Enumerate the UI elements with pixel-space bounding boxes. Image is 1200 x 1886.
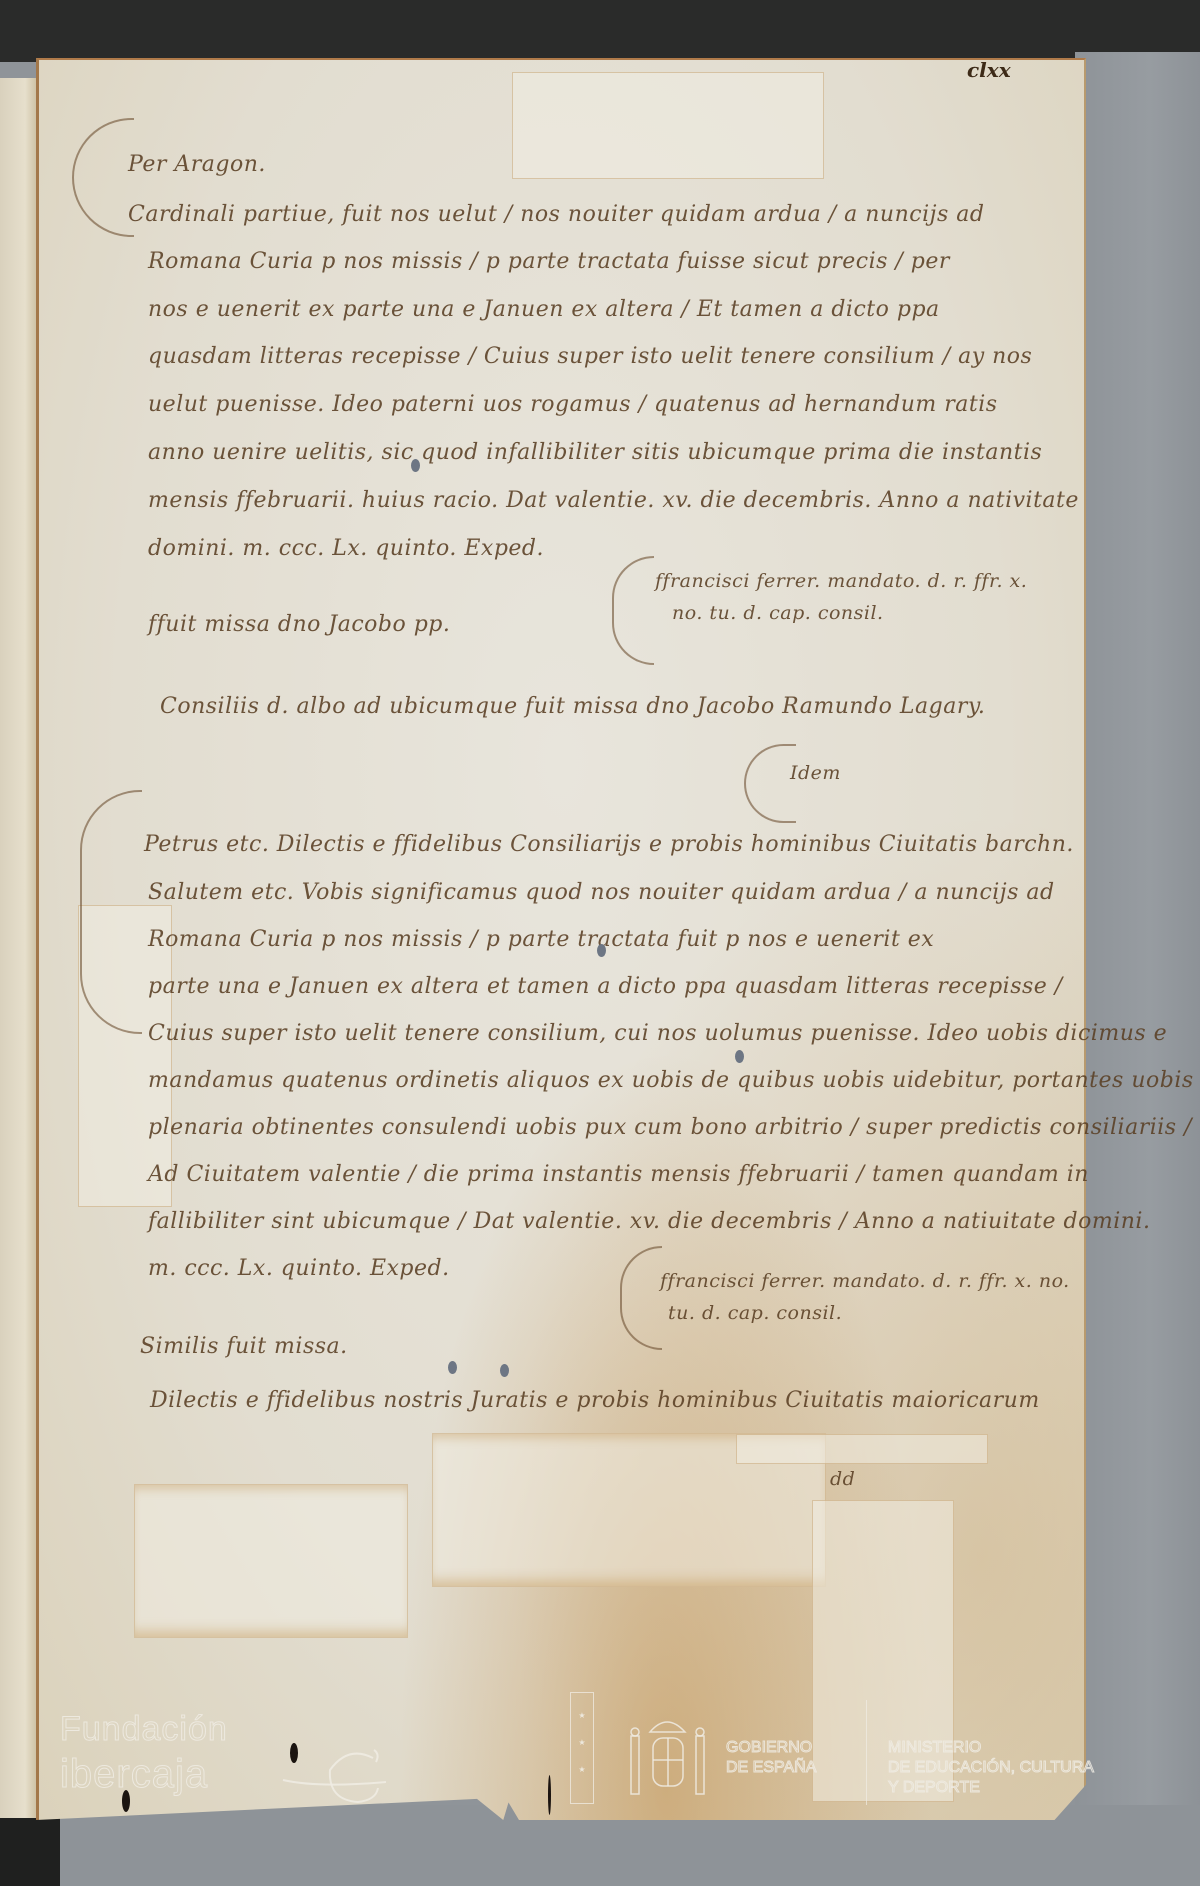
watermark-ibercaja-line2: ibercaja: [60, 1752, 208, 1797]
letter-line: parte una e Januen ex altera et tamen a …: [148, 974, 1063, 999]
signature-line: no. tu. d. cap. consil.: [672, 602, 884, 624]
watermark-ibercaja-line1: Fundación: [60, 1710, 228, 1749]
letter-line: m. ccc. Lx. quinto. Exped.: [148, 1256, 450, 1281]
letter-line: domini. m. ccc. Lx. quinto. Exped.: [148, 536, 544, 561]
ibercaja-emblem-icon: [278, 1740, 393, 1810]
restoration-patch-bottom-left: [134, 1484, 408, 1638]
letter-line: uelut puenisse. Ideo paterni uos rogamus…: [148, 392, 998, 417]
book-cover-corner: [0, 1810, 60, 1886]
watermark-ministry: MINISTERIO DE EDUCACIÓN, CULTURA Y DEPOR…: [888, 1738, 1094, 1798]
letter-line: Romana Curia p nos missis / p parte trac…: [148, 927, 934, 952]
spain-coat-of-arms-icon: [625, 1710, 710, 1800]
section-heading: Per Aragon.: [128, 152, 266, 177]
fragment-mark: dd: [830, 1468, 855, 1490]
ink-blot: [597, 944, 606, 957]
letter-line: Romana Curia p nos missis / p parte trac…: [148, 249, 950, 274]
idem-mark: Idem: [790, 762, 841, 784]
watermark-government: GOBIERNO DE ESPAÑA: [726, 1738, 816, 1778]
grey-backing-mat: [1075, 52, 1200, 1886]
letter-3-opening: Dilectis e ffidelibus nostris Juratis e …: [150, 1388, 1040, 1413]
letter-line: Cardinali partiue, fuit nos uelut / nos …: [128, 202, 984, 227]
facing-page-edge: [0, 78, 38, 1818]
ink-blot: [448, 1361, 457, 1374]
margin-note: Consiliis d. albo ad ubicumque fuit miss…: [160, 694, 985, 719]
letter-line: Petrus etc. Dilectis e ffidelibus Consil…: [144, 832, 1074, 857]
letter-line: fallibiliter sint ubicumque / Dat valent…: [148, 1209, 1150, 1234]
letter-line: anno uenire uelitis, sic quod infallibil…: [148, 440, 1042, 465]
letter-footnote: ffuit missa dno Jacobo pp.: [148, 612, 450, 637]
letter-line: plenaria obtinentes consulendi uobis pux…: [148, 1115, 1192, 1140]
letter-line: Ad Ciuitatem valentie / die prima instan…: [148, 1162, 1089, 1187]
spain-flag-bar-icon: ★ ★ ★: [570, 1692, 594, 1804]
signature-line: tu. d. cap. consil.: [668, 1302, 842, 1324]
letter-line: Salutem etc. Vobis significamus quod nos…: [148, 880, 1055, 905]
ink-blot: [411, 459, 420, 472]
signature-line: ffrancisci ferrer. mandato. d. r. ffr. x…: [660, 1270, 1070, 1292]
letter-line: quasdam litteras recepisse / Cuius super…: [148, 344, 1032, 369]
signature-line: ffrancisci ferrer. mandato. d. r. ffr. x…: [655, 570, 1027, 592]
worm-hole: [548, 1775, 551, 1815]
book-cover-top: [0, 0, 1200, 62]
letter-line: Cuius super isto uelit tenere consilium,…: [148, 1021, 1167, 1046]
margin-note: Similis fuit missa.: [140, 1334, 348, 1359]
restoration-patch-top: [512, 72, 824, 179]
ink-blot: [735, 1050, 744, 1063]
watermark-divider: [866, 1700, 867, 1805]
restoration-patch-bottom-strip: [736, 1434, 988, 1464]
margin-bracket: [80, 790, 142, 1034]
folio-number: clxx: [967, 58, 1011, 82]
letter-line: mandamus quatenus ordinetis aliquos ex u…: [148, 1068, 1194, 1093]
letter-line: mensis ffebruarii. huius racio. Dat vale…: [148, 488, 1079, 513]
letter-line: nos e uenerit ex parte una e Januen ex a…: [148, 297, 940, 322]
ink-blot: [500, 1364, 509, 1377]
